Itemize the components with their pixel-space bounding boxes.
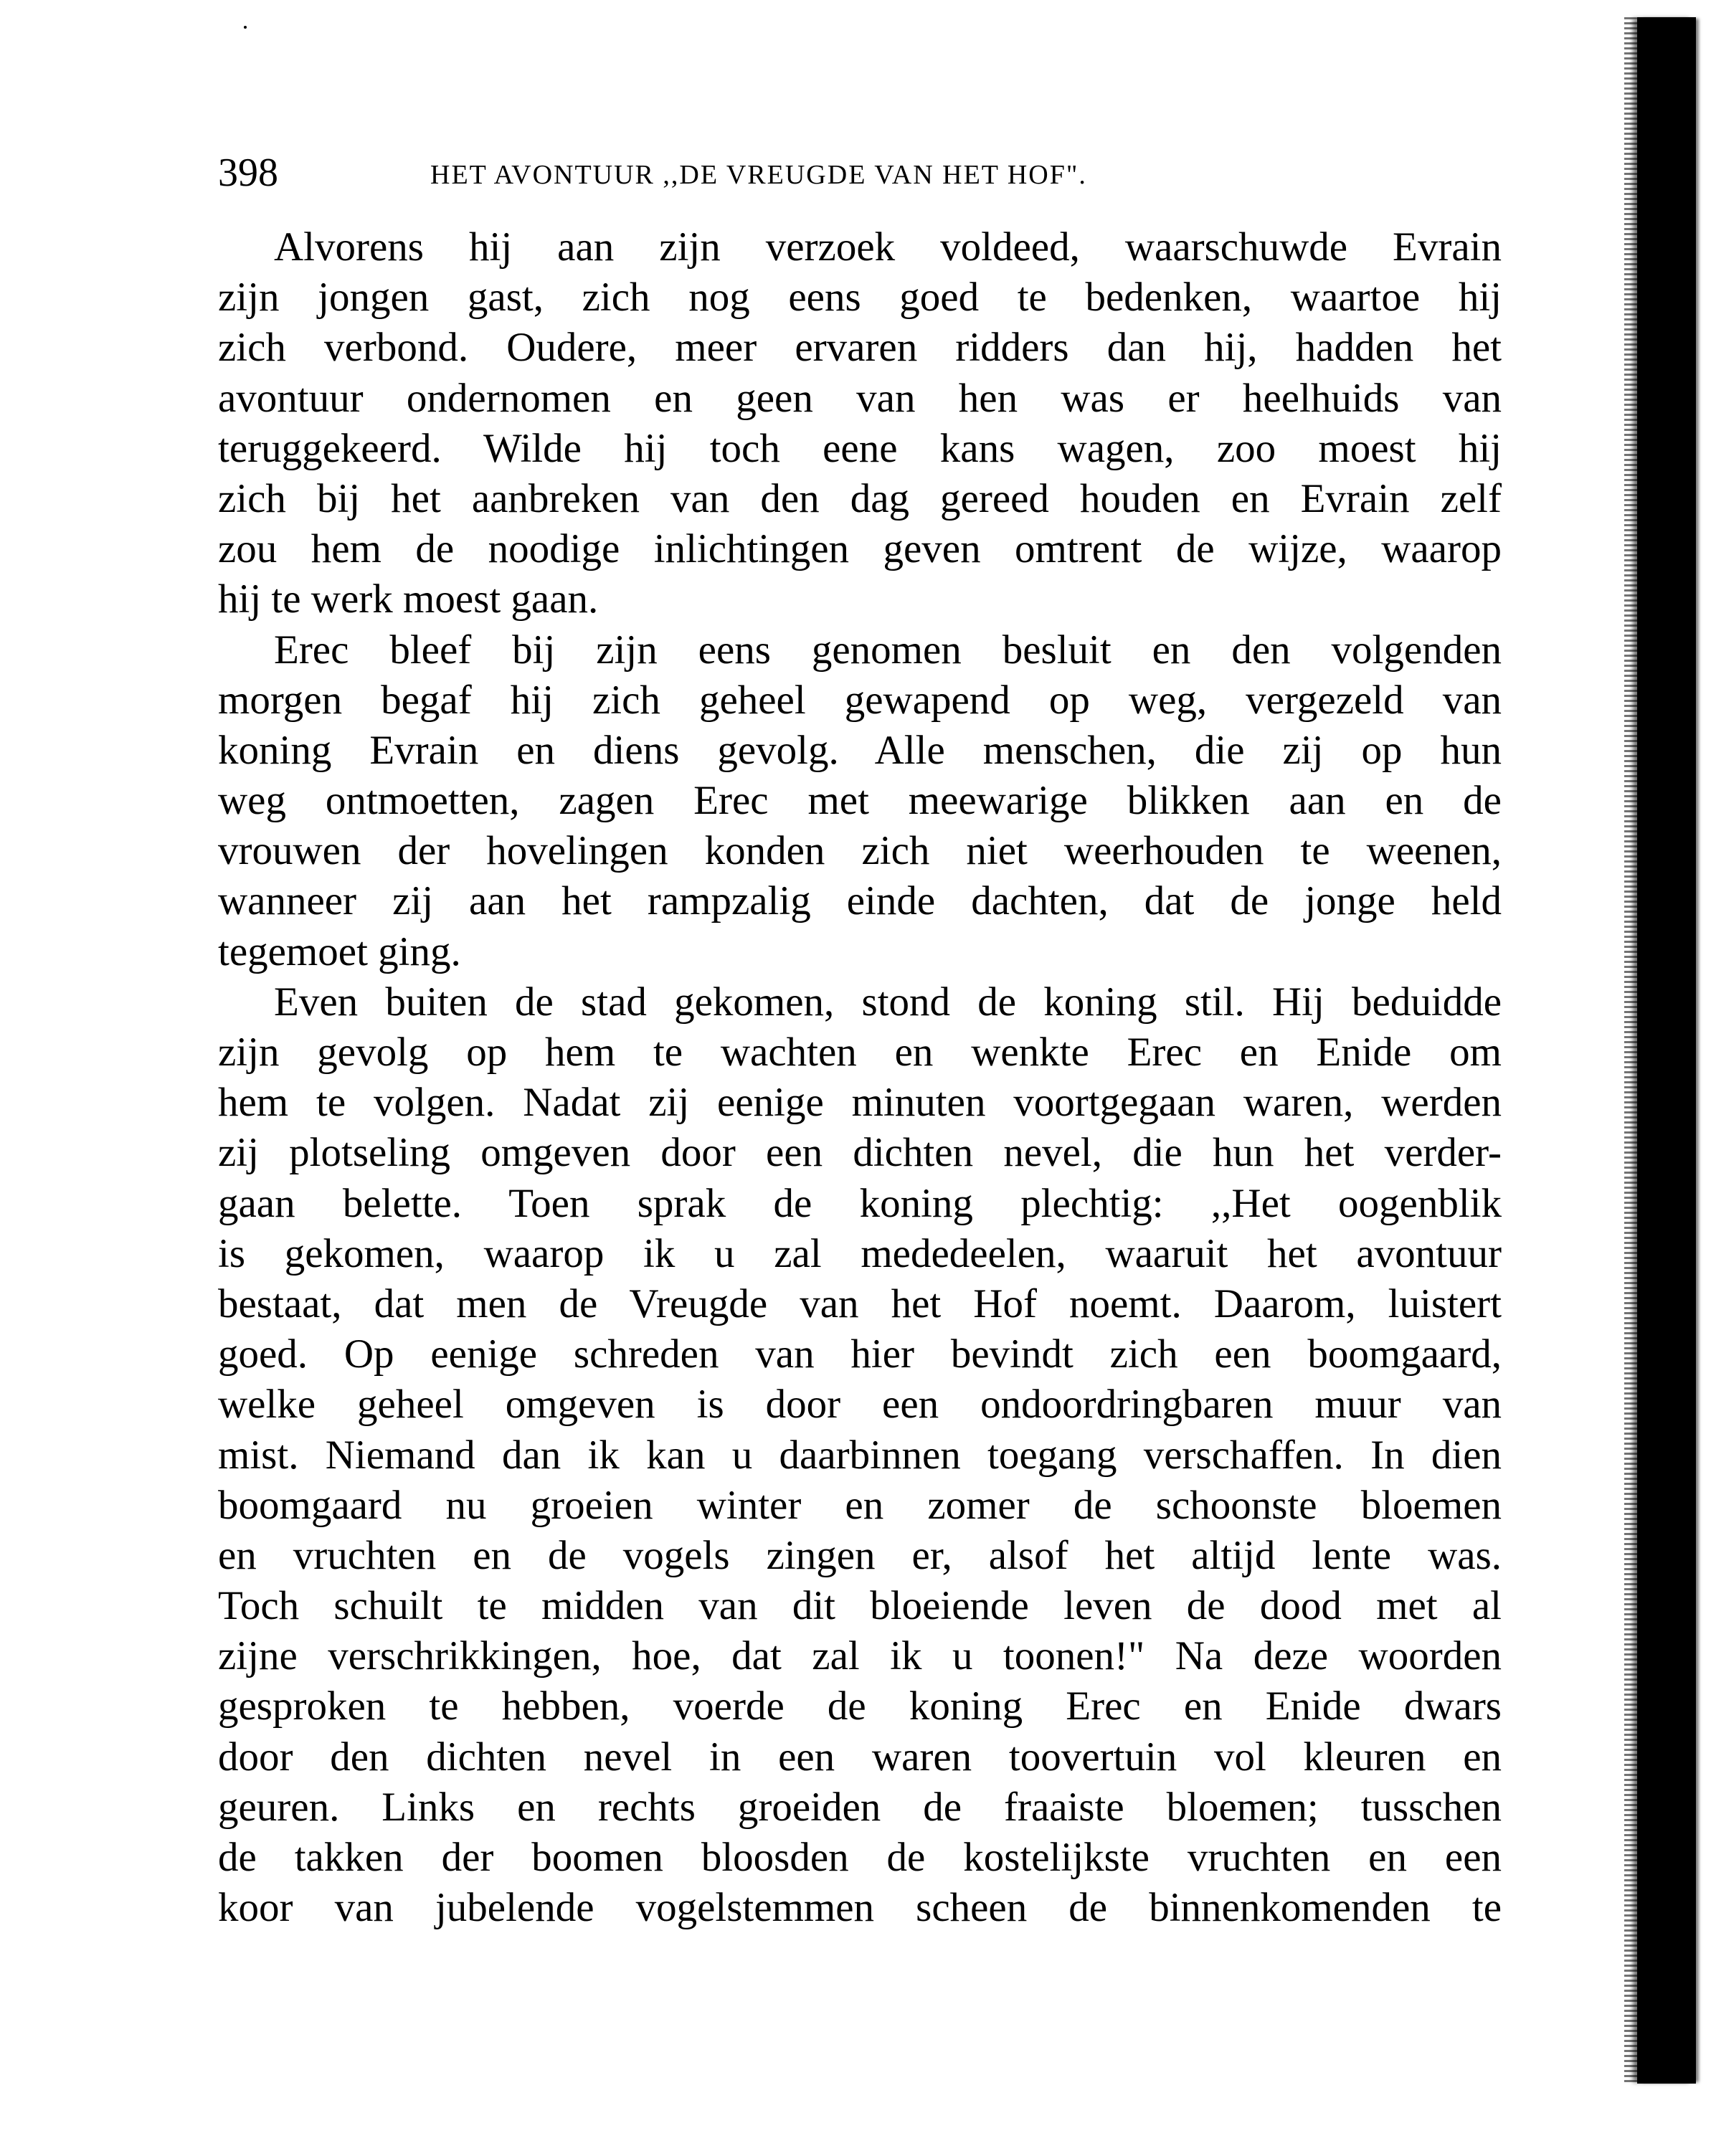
text-line: is gekomen, waarop ik u zal mededeelen, … [218,1229,1502,1279]
text-line: door den dichten nevel in een waren toov… [218,1732,1502,1782]
text-line: en vruchten en de vogels zingen er, also… [218,1531,1502,1581]
text-line: zijn jongen gast, zich nog eens goed te … [218,272,1502,323]
text-line: zou hem de noodige inlichtingen geven om… [218,524,1502,574]
text-line: boomgaard nu groeien winter en zomer de … [218,1481,1502,1531]
body-text: Alvorens hij aan zijn verzoek voldeed, w… [218,222,1502,1933]
scan-binding-edge [1637,17,1696,2084]
running-head: HET AVONTUUR ,,DE VREUGDE VAN HET HOF". [430,155,1087,195]
scan-speck [244,26,247,29]
text-line: Toch schuilt te midden van dit bloeiende… [218,1581,1502,1631]
text-line: tegemoet ging. [218,927,1502,977]
page-header: 398 HET AVONTUUR ,,DE VREUGDE VAN HET HO… [218,148,1365,205]
text-line: gaan belette. Toen sprak de koning plech… [218,1179,1502,1229]
text-line: welke geheel omgeven is door een ondoord… [218,1379,1502,1430]
text-line: morgen begaf hij zich geheel gewapend op… [218,675,1502,726]
book-page: 398 HET AVONTUUR ,,DE VREUGDE VAN HET HO… [0,0,1711,2156]
text-line: weg ontmoetten, zagen Erec met meewarige… [218,776,1502,826]
text-line: koning Evrain en diens gevolg. Alle mens… [218,726,1502,776]
text-line: Erec bleef bij zijn eens genomen besluit… [218,625,1502,675]
text-line: hij te werk moest gaan. [218,574,1502,625]
text-line: wanneer zij aan het rampzalig einde dach… [218,876,1502,926]
text-line: zij plotseling omgeven door een dichten … [218,1128,1502,1178]
text-line: zijne verschrikkingen, hoe, dat zal ik u… [218,1631,1502,1681]
text-line: zijn gevolg op hem te wachten en wenkte … [218,1027,1502,1078]
page-number: 398 [218,148,278,198]
text-line: Alvorens hij aan zijn verzoek voldeed, w… [218,222,1502,272]
text-line: mist. Niemand dan ik kan u daarbinnen to… [218,1430,1502,1481]
text-line: Even buiten de stad gekomen, stond de ko… [218,977,1502,1027]
text-line: geuren. Links en rechts groeiden de fraa… [218,1782,1502,1833]
text-line: zich bij het aanbreken van den dag geree… [218,474,1502,524]
text-line: zich verbond. Oudere, meer ervaren ridde… [218,323,1502,373]
text-line: avontuur ondernomen en geen van hen was … [218,374,1502,424]
text-line: koor van jubelende vogelstemmen scheen d… [218,1883,1502,1933]
text-line: gesproken te hebben, voerde de koning Er… [218,1681,1502,1732]
text-line: de takken der boomen bloosden de kosteli… [218,1833,1502,1883]
text-line: goed. Op eenige schreden van hier bevind… [218,1329,1502,1379]
text-line: vrouwen der hovelingen konden zich niet … [218,826,1502,876]
text-line: bestaat, dat men de Vreugde van het Hof … [218,1279,1502,1329]
text-line: teruggekeerd. Wilde hij toch eene kans w… [218,424,1502,474]
text-line: hem te volgen. Nadat zij eenige minuten … [218,1078,1502,1128]
